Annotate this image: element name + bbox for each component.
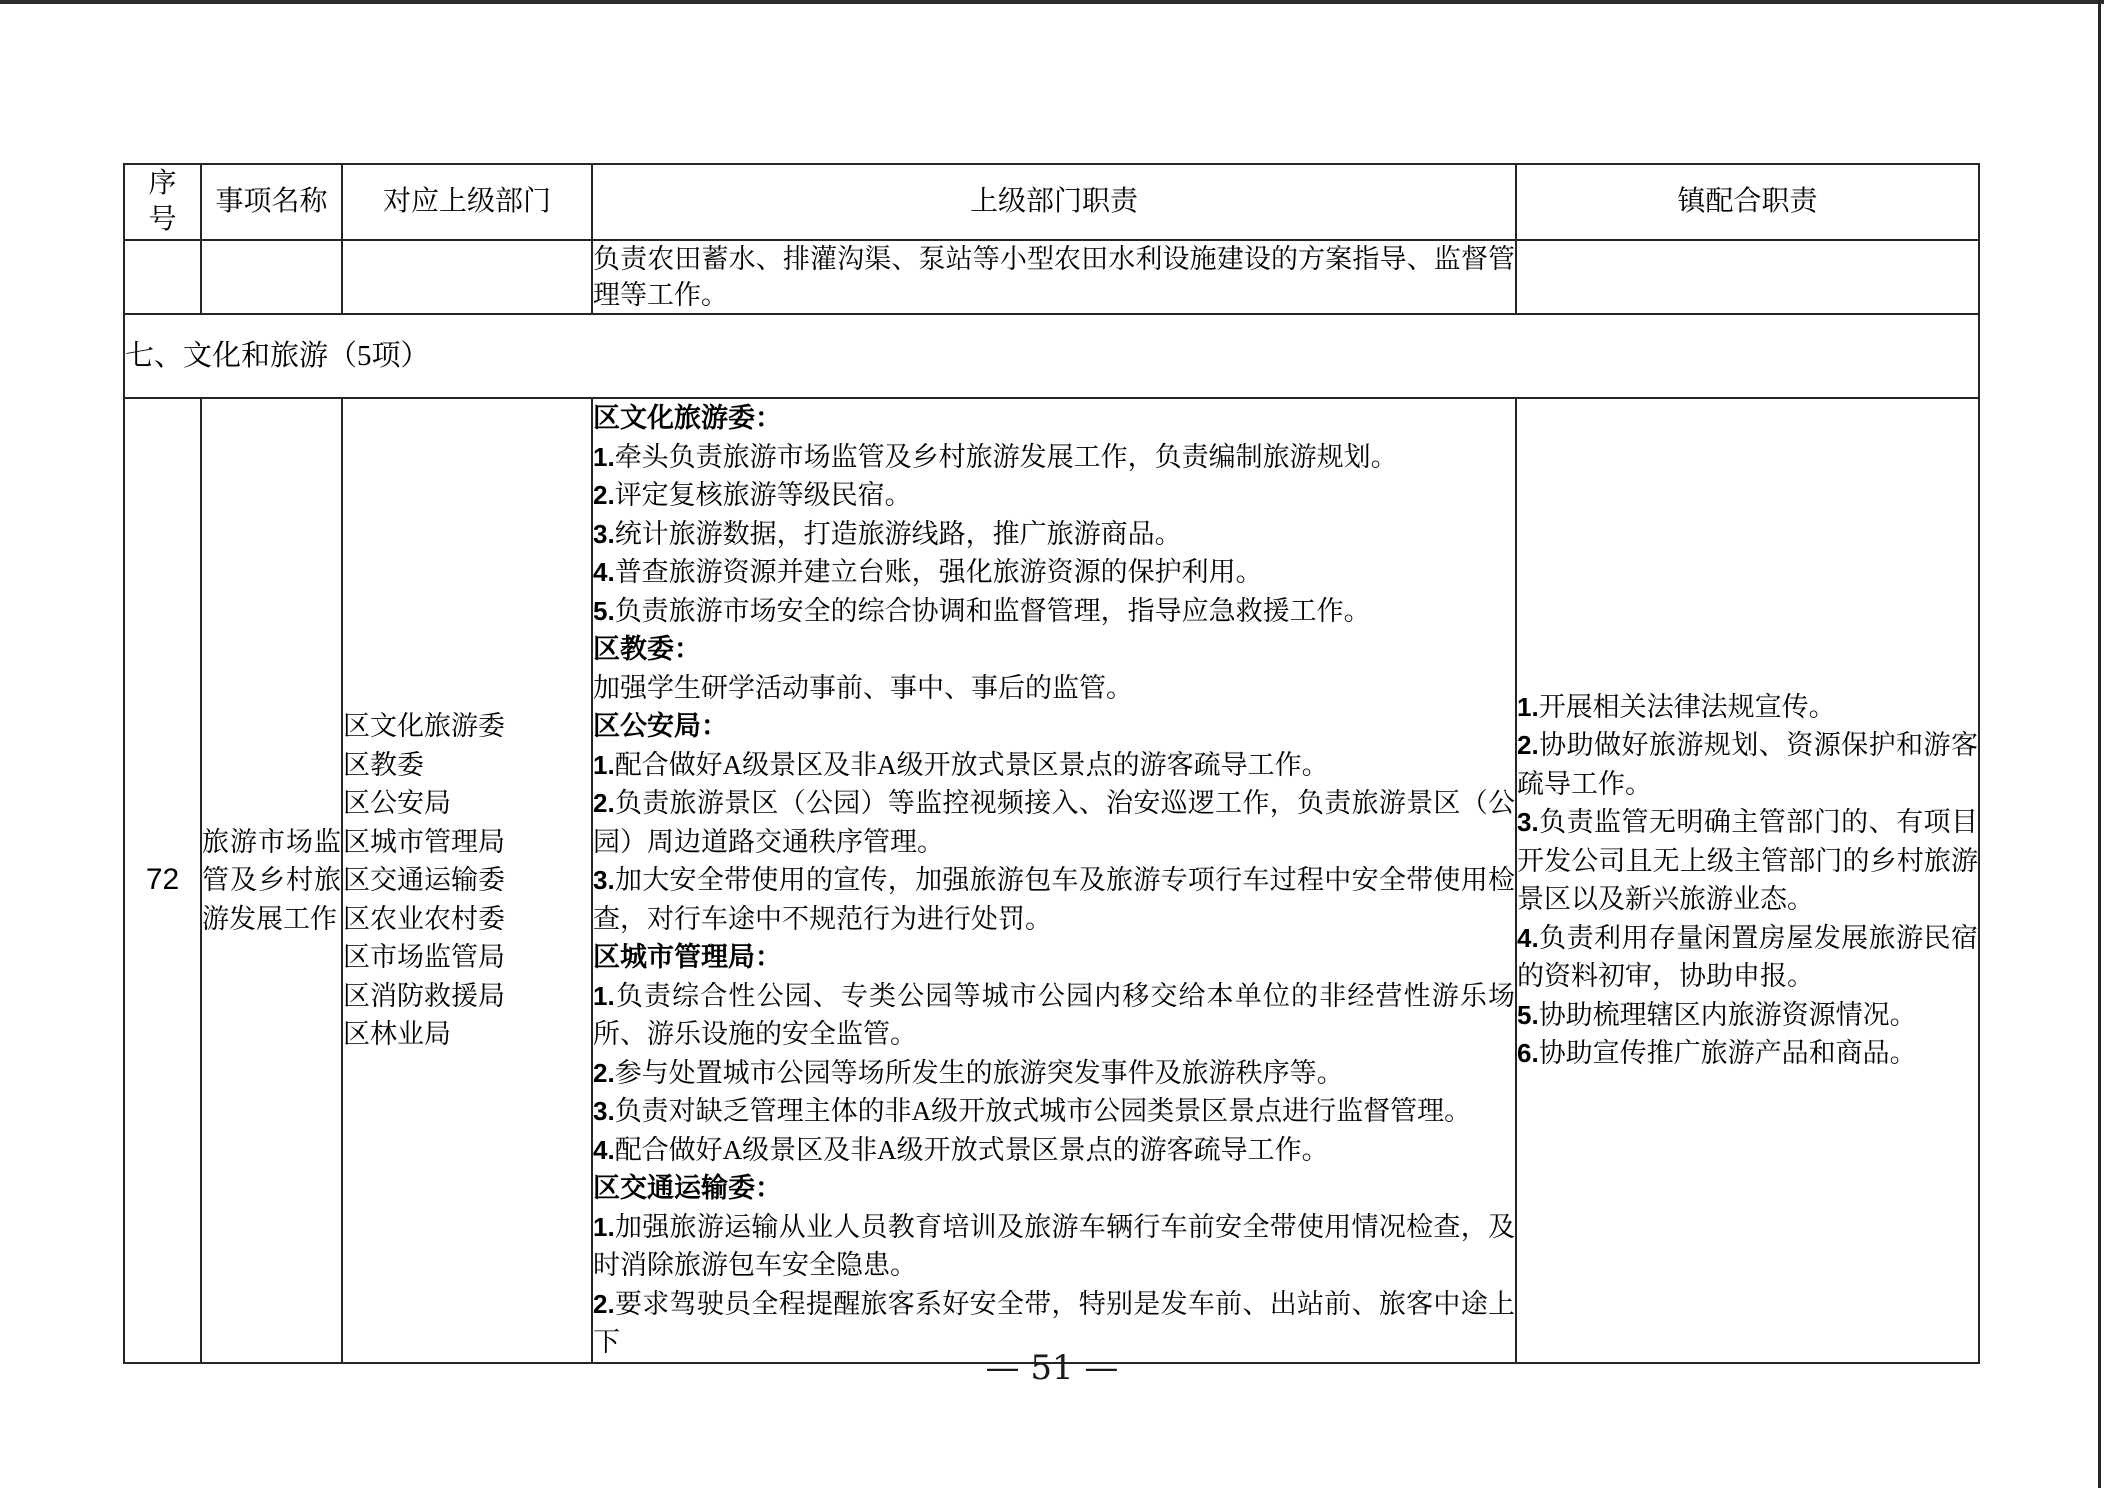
duty-heading: 区城市管理局： xyxy=(593,938,1515,977)
duty-heading: 区文化旅游委： xyxy=(593,399,1515,438)
item-number: 5. xyxy=(593,596,615,626)
item-name-cell: 旅游市场监管及乡村旅游发展工作 xyxy=(201,398,342,1363)
duty-item: 1.牵头负责旅游市场监管及乡村旅游发展工作，负责编制旅游规划。 xyxy=(593,438,1515,477)
item-number: 1. xyxy=(593,1212,615,1242)
empty-department-cell xyxy=(342,240,592,314)
carryover-duty-cell: 负责农田蓄水、排灌沟渠、泵站等小型农田水利设施建设的方案指导、监督管理等工作。 xyxy=(592,240,1516,314)
table-header-row: 序号 事项名称 对应上级部门 上级部门职责 镇配合职责 xyxy=(124,164,1979,240)
item-number: 1. xyxy=(593,981,615,1011)
item-number: 5. xyxy=(1517,1000,1539,1030)
item-number: 6. xyxy=(1517,1038,1539,1068)
department-item: 区文化旅游委 xyxy=(343,707,591,746)
department-item: 区林业局 xyxy=(343,1015,591,1054)
header-upper-department: 对应上级部门 xyxy=(342,164,592,240)
department-item: 区教委 xyxy=(343,746,591,785)
duty-item: 1.负责综合性公园、专类公园等城市公园内移交给本单位的非经营性游乐场所、游乐设施… xyxy=(593,977,1515,1054)
duty-heading: 区交通运输委： xyxy=(593,1169,1515,1208)
section-header: 七、文化和旅游（5项） xyxy=(124,314,1979,398)
responsibility-table: 序号 事项名称 对应上级部门 上级部门职责 镇配合职责 负责农田蓄水、排灌沟渠、… xyxy=(123,163,1980,1364)
duty-item: 3.负责监管无明确主管部门的、有项目开发公司且无上级主管部门的乡村旅游景区以及新… xyxy=(1517,803,1978,919)
item-number: 4. xyxy=(593,1135,615,1165)
duty-item: 2.参与处置城市公园等场所发生的旅游突发事件及旅游秩序等。 xyxy=(593,1054,1515,1093)
departments-cell: 区文化旅游委区教委区公安局区城市管理局区交通运输委区农业农村委区市场监管局区消防… xyxy=(342,398,592,1363)
item-number: 4. xyxy=(1517,923,1539,953)
department-item: 区市场监管局 xyxy=(343,938,591,977)
duty-item: 3.统计旅游数据，打造旅游线路，推广旅游商品。 xyxy=(593,515,1515,554)
item-number: 2. xyxy=(593,788,615,818)
item-number: 3. xyxy=(593,865,615,895)
duty-item: 1.加强旅游运输从业人员教育培训及旅游车辆行车前安全带使用情况检查，及时消除旅游… xyxy=(593,1208,1515,1285)
duty-item: 4.普查旅游资源并建立台账，强化旅游资源的保护利用。 xyxy=(593,553,1515,592)
duty-item: 加强学生研学活动事前、事中、事后的监管。 xyxy=(593,669,1515,708)
duty-item: 4.配合做好A级景区及非A级开放式景区景点的游客疏导工作。 xyxy=(593,1131,1515,1170)
duty-item: 5.负责旅游市场安全的综合协调和监督管理，指导应急救援工作。 xyxy=(593,592,1515,631)
duty-item: 5.协助梳理辖区内旅游资源情况。 xyxy=(1517,996,1978,1035)
duty-item: 2.协助做好旅游规划、资源保护和游客疏导工作。 xyxy=(1517,726,1978,803)
upper-duties-cell: 区文化旅游委：1.牵头负责旅游市场监管及乡村旅游发展工作，负责编制旅游规划。2.… xyxy=(592,398,1516,1363)
seq-cell: 72 xyxy=(124,398,201,1363)
duty-heading: 区教委： xyxy=(593,630,1515,669)
header-item-name: 事项名称 xyxy=(201,164,342,240)
item-number: 1. xyxy=(593,442,615,472)
duty-heading: 区公安局： xyxy=(593,707,1515,746)
duty-item: 2.评定复核旅游等级民宿。 xyxy=(593,476,1515,515)
carryover-row: 负责农田蓄水、排灌沟渠、泵站等小型农田水利设施建设的方案指导、监督管理等工作。 xyxy=(124,240,1979,314)
item-number: 3. xyxy=(593,1096,615,1126)
document-page: { "colors": { "background": "#ffffff", "… xyxy=(0,0,2104,1488)
item-number: 2. xyxy=(593,480,615,510)
empty-item-name-cell xyxy=(201,240,342,314)
duty-item: 1.配合做好A级景区及非A级开放式景区景点的游客疏导工作。 xyxy=(593,746,1515,785)
item-number: 1. xyxy=(1517,692,1539,722)
item-name: 旅游市场监管及乡村旅游发展工作 xyxy=(202,823,341,939)
item-number: 3. xyxy=(593,519,615,549)
department-item: 区公安局 xyxy=(343,784,591,823)
empty-seq-cell xyxy=(124,240,201,314)
town-duties-cell: 1.开展相关法律法规宣传。2.协助做好旅游规划、资源保护和游客疏导工作。3.负责… xyxy=(1516,398,1979,1363)
item-number: 4. xyxy=(593,557,615,587)
item-number: 2. xyxy=(1517,730,1539,760)
duty-item: 1.开展相关法律法规宣传。 xyxy=(1517,688,1978,727)
section-header-row: 七、文化和旅游（5项） xyxy=(124,314,1979,398)
header-seq-label: 序号 xyxy=(148,166,178,238)
header-seq: 序号 xyxy=(124,164,201,240)
duty-item: 4.负责利用存量闲置房屋发展旅游民宿的资料初审，协助申报。 xyxy=(1517,919,1978,996)
header-town-duty: 镇配合职责 xyxy=(1516,164,1979,240)
duty-item: 3.负责对缺乏管理主体的非A级开放式城市公园类景区景点进行监督管理。 xyxy=(593,1092,1515,1131)
duty-item: 3.加大安全带使用的宣传，加强旅游包车及旅游专项行车过程中安全带使用检查，对行车… xyxy=(593,861,1515,938)
page-number: — 51 — xyxy=(0,1348,2104,1388)
item-number: 3. xyxy=(1517,807,1539,837)
item-number: 1. xyxy=(593,750,615,780)
item-number: 2. xyxy=(593,1289,615,1319)
department-item: 区消防救援局 xyxy=(343,977,591,1016)
window-top-edge xyxy=(0,0,2104,4)
empty-town-duty-cell xyxy=(1516,240,1979,314)
department-item: 区农业农村委 xyxy=(343,900,591,939)
item-number: 2. xyxy=(593,1058,615,1088)
department-item: 区交通运输委 xyxy=(343,861,591,900)
table-row-72: 72 旅游市场监管及乡村旅游发展工作 区文化旅游委区教委区公安局区城市管理局区交… xyxy=(124,398,1979,1363)
window-right-edge xyxy=(2098,0,2101,1488)
duty-item: 6.协助宣传推广旅游产品和商品。 xyxy=(1517,1034,1978,1073)
duty-item: 2.负责旅游景区（公园）等监控视频接入、治安巡逻工作，负责旅游景区（公园）周边道… xyxy=(593,784,1515,861)
header-upper-duty: 上级部门职责 xyxy=(592,164,1516,240)
department-item: 区城市管理局 xyxy=(343,823,591,862)
